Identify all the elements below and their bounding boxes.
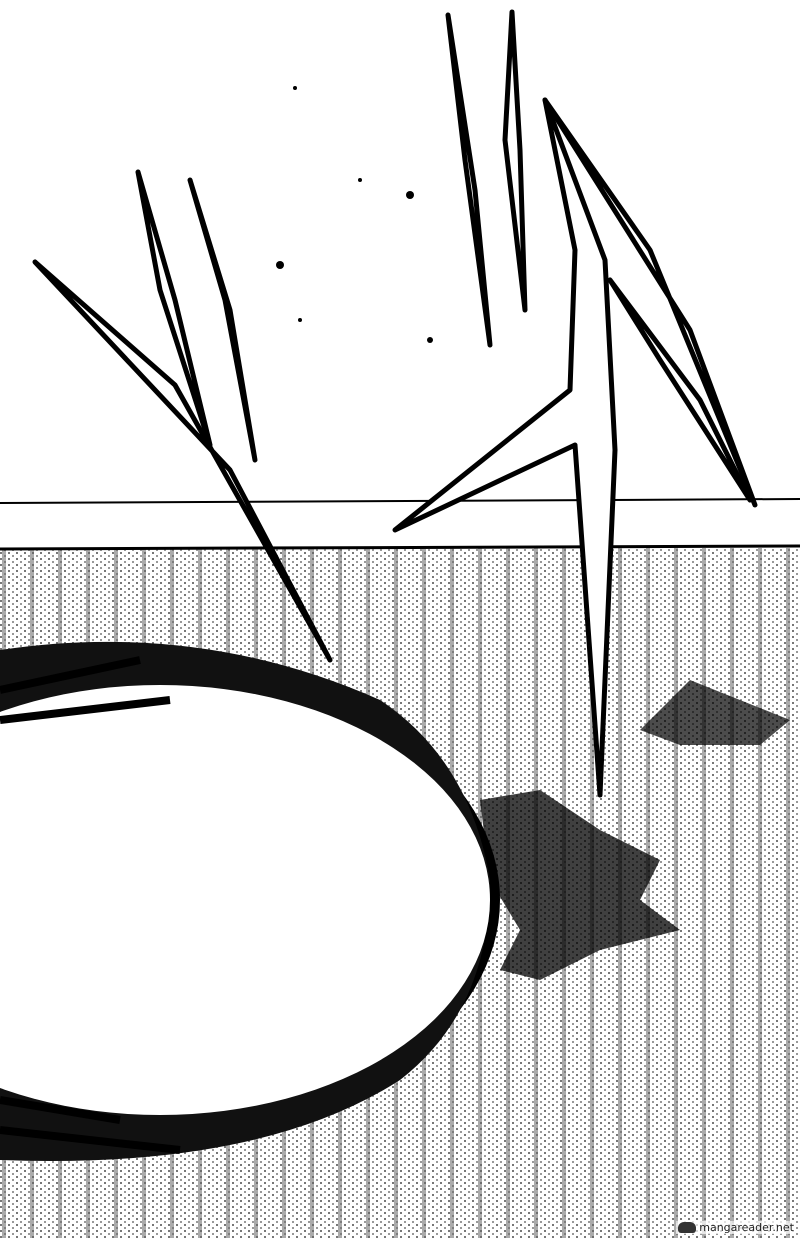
manga-page: mangareader.net — [0, 0, 800, 1238]
mangareader-logo-icon — [678, 1222, 696, 1233]
watermark-text: mangareader.net — [699, 1221, 794, 1234]
manga-illustration — [0, 0, 800, 1238]
watermark: mangareader.net — [676, 1221, 796, 1234]
